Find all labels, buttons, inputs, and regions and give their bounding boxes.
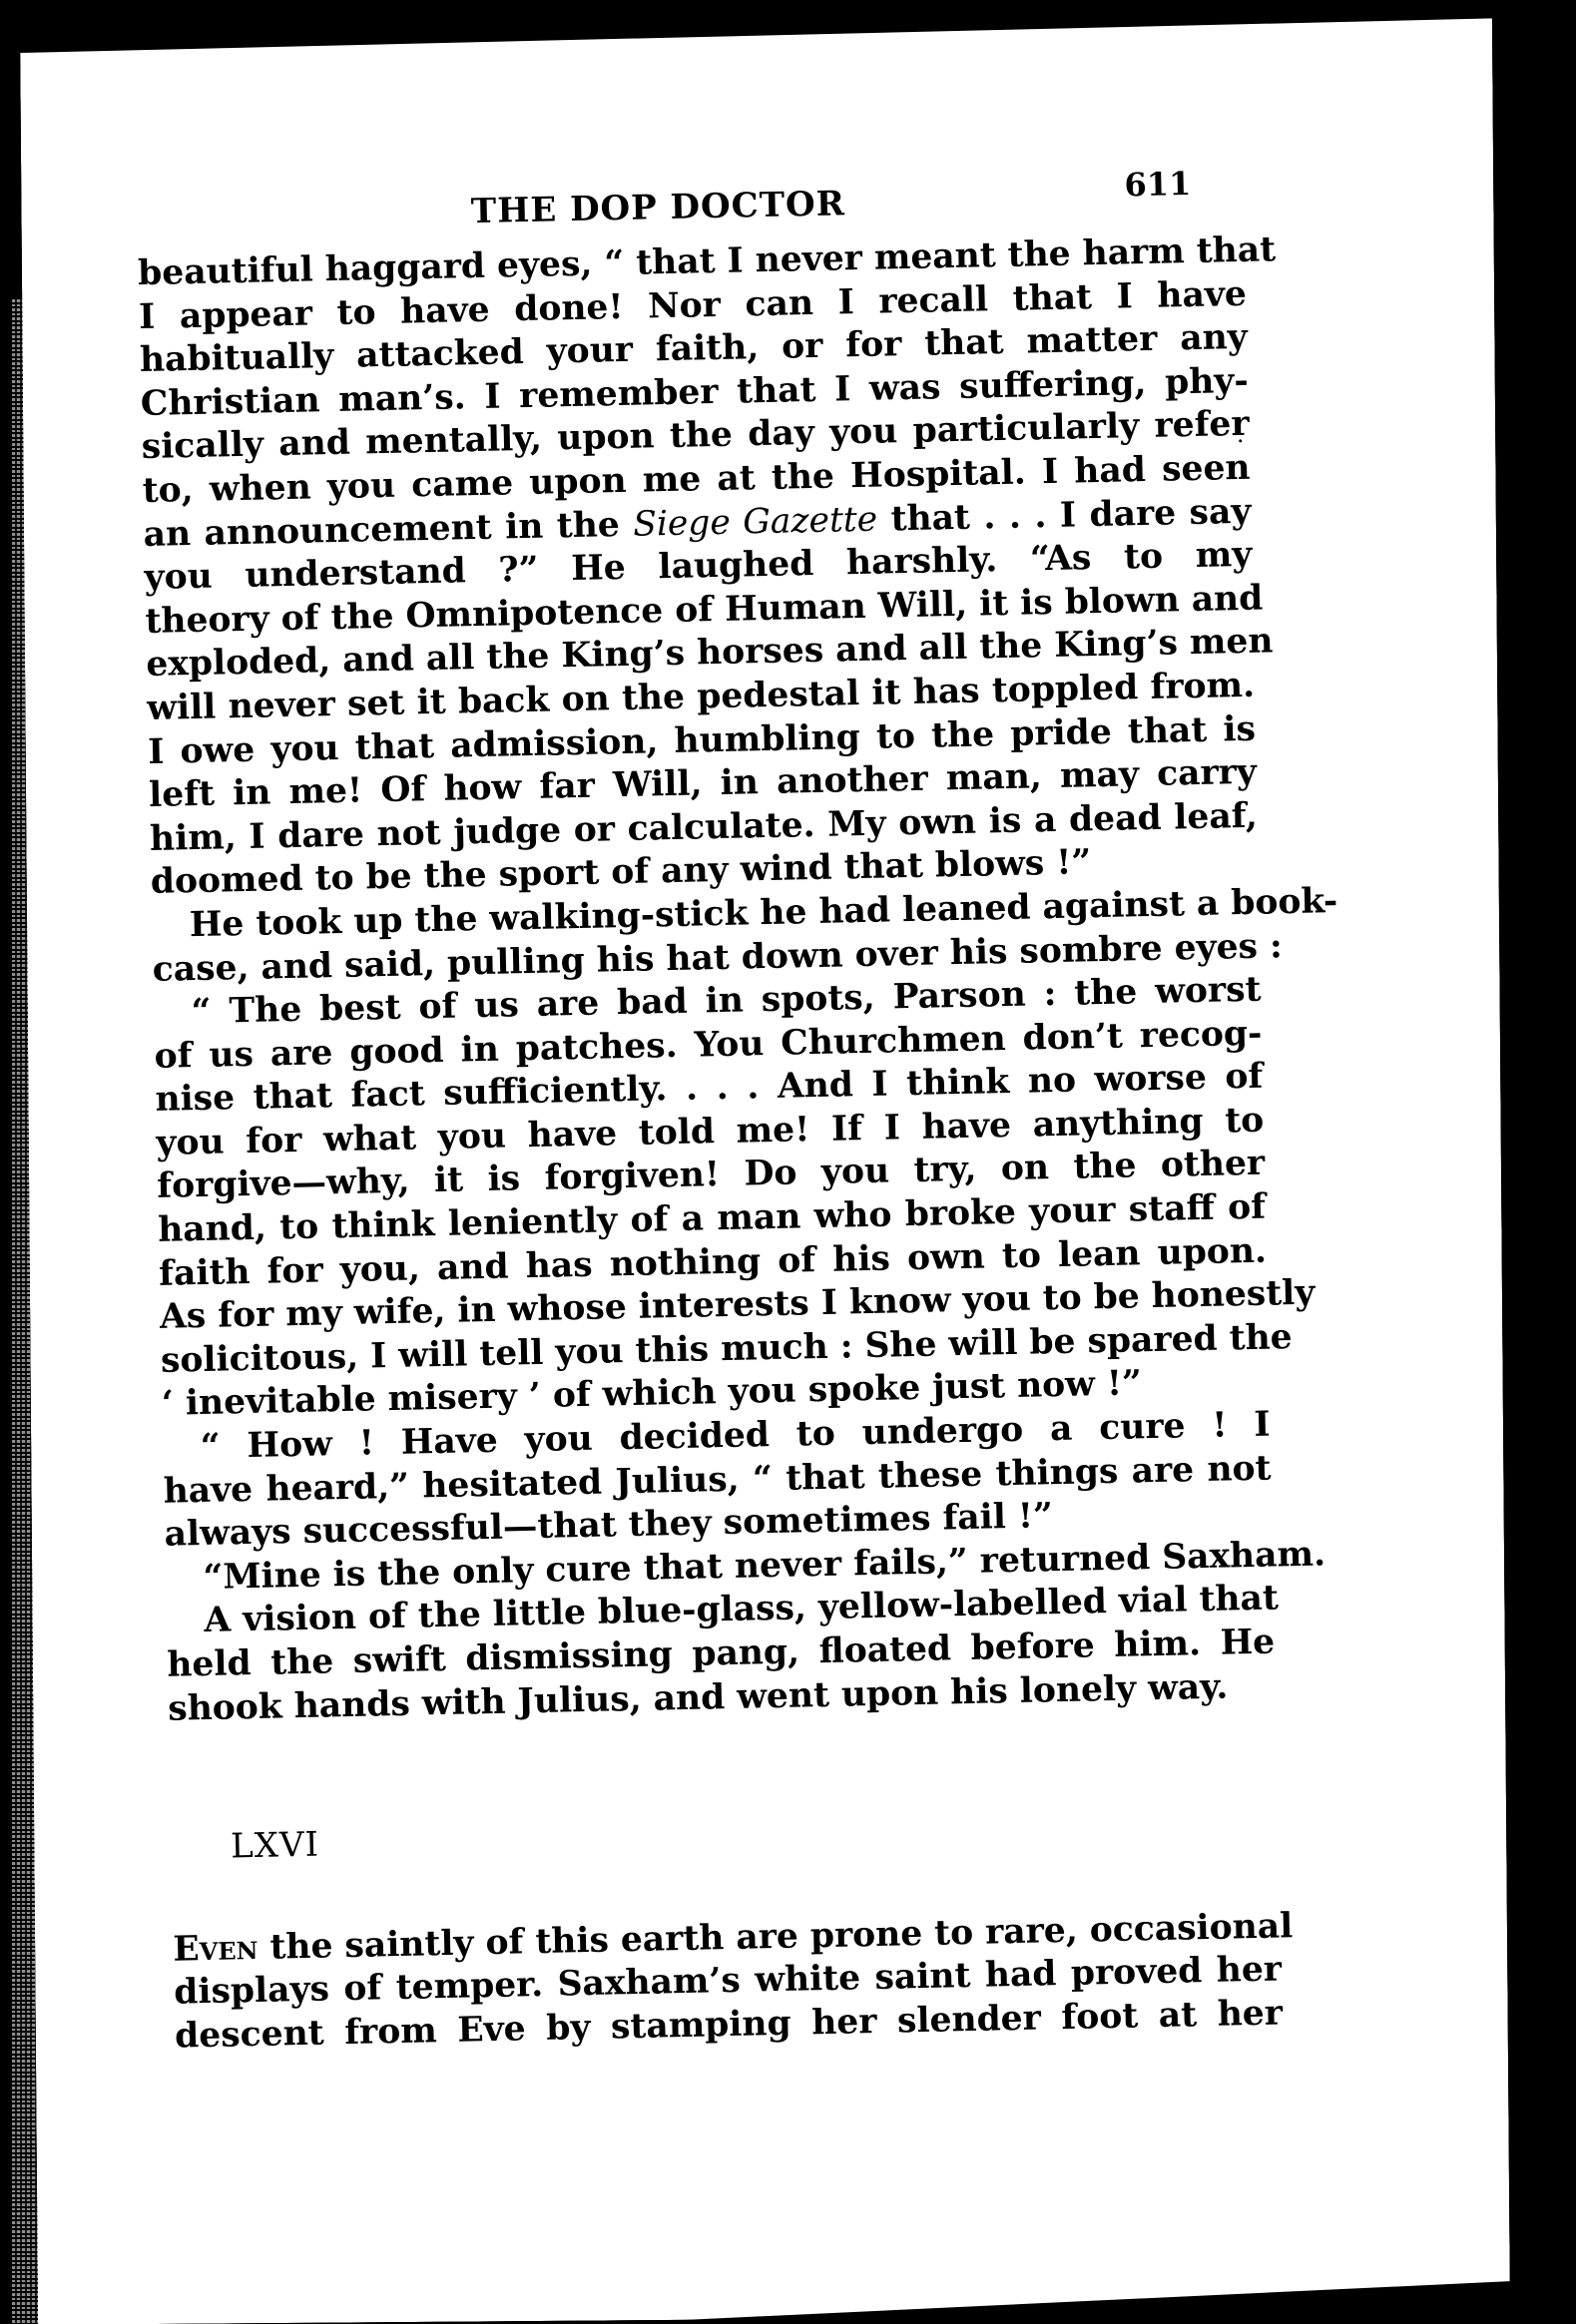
text-segment: that . . . I dare say <box>877 491 1252 539</box>
page-number: 611 <box>1124 165 1192 204</box>
chapter-opening-paragraph: Even the saintly of this earth are prone… <box>173 1905 1283 2059</box>
text-segment: an announcement in the <box>143 504 633 554</box>
paragraph: beautiful haggard eyes, “ that I never m… <box>138 230 1259 905</box>
paragraph: “ How ! Have you decided to undergo a cu… <box>162 1404 1272 1558</box>
book-page: THE DOP DOCTOR 611 beautiful haggard eye… <box>20 18 1510 2324</box>
running-title: THE DOP DOCTOR <box>471 184 846 232</box>
page-content: THE DOP DOCTOR 611 beautiful haggard eye… <box>136 156 1283 2059</box>
newspaper-title: Siege Gazette <box>633 499 878 544</box>
running-header: THE DOP DOCTOR 611 <box>136 156 1245 240</box>
opening-small-caps: Even <box>173 1928 259 1970</box>
paragraph: “ The best of us are bad in spots, Parso… <box>153 969 1270 1427</box>
paragraph: A vision of the little blue-glass, yello… <box>166 1578 1276 1731</box>
body-text: beautiful haggard eyes, “ that I never m… <box>138 230 1284 2059</box>
